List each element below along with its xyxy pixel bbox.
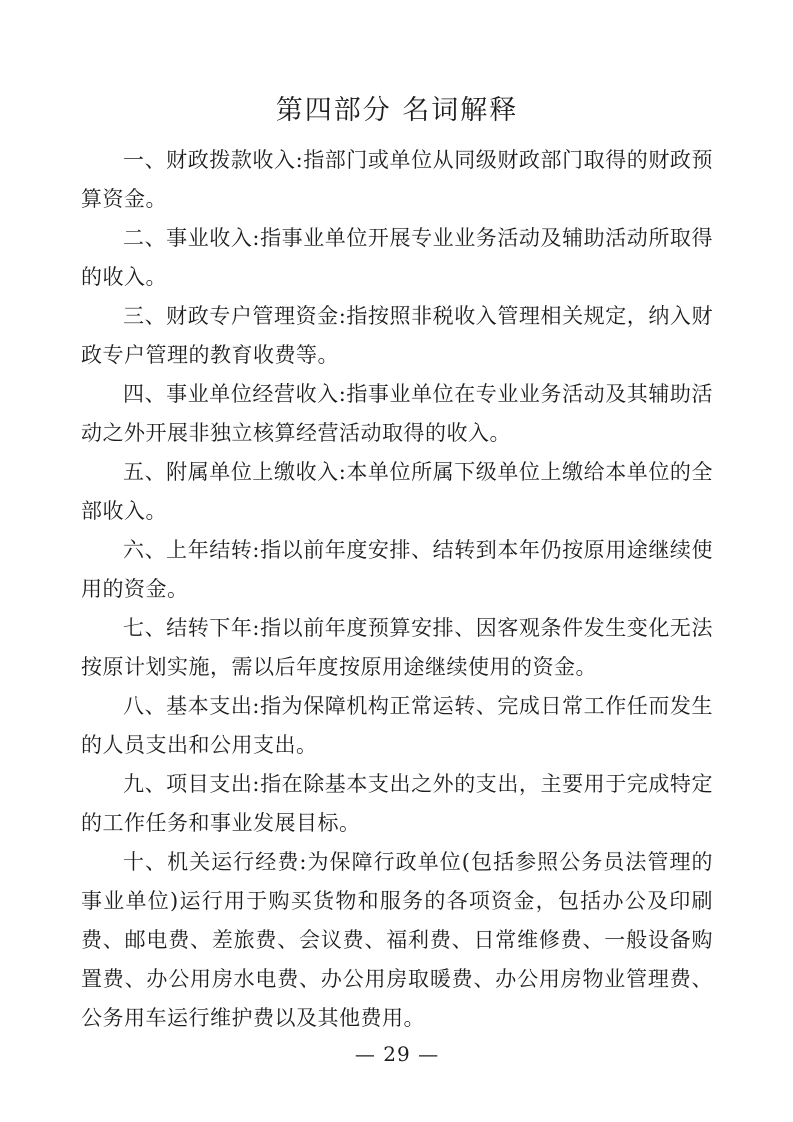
definition-paragraph-3: 三、财政专户管理资金:指按照非税收入管理相关规定，纳入财政专户管理的教育收费等。 bbox=[81, 297, 713, 375]
page-number: — 29 — bbox=[81, 1041, 713, 1067]
definition-paragraph-10: 十、机关运行经费:为保障行政单位(包括参照公务员法管理的事业单位)运行用于购买货… bbox=[81, 843, 713, 1038]
definition-paragraph-9: 九、项目支出:指在除基本支出之外的支出，主要用于完成特定的工作任务和事业发展目标… bbox=[81, 765, 713, 843]
document-page: 第四部分 名词解释 一、财政拨款收入:指部门或单位从同级财政部门取得的财政预算资… bbox=[0, 0, 793, 1122]
definition-paragraph-8: 八、基本支出:指为保障机构正常运转、完成日常工作任而发生的人员支出和公用支出。 bbox=[81, 687, 713, 765]
definition-paragraph-7: 七、结转下年:指以前年度预算安排、因客观条件发生变化无法按原计划实施，需以后年度… bbox=[81, 609, 713, 687]
definition-paragraph-5: 五、附属单位上缴收入:本单位所属下级单位上缴给本单位的全部收入。 bbox=[81, 453, 713, 531]
definition-paragraph-2: 二、事业收入:指事业单位开展专业业务活动及辅助活动所取得的收入。 bbox=[81, 219, 713, 297]
definition-paragraph-6: 六、上年结转:指以前年度安排、结转到本年仍按原用途继续使用的资金。 bbox=[81, 531, 713, 609]
definition-paragraph-1: 一、财政拨款收入:指部门或单位从同级财政部门取得的财政预算资金。 bbox=[81, 141, 713, 219]
section-title: 第四部分 名词解释 bbox=[81, 94, 713, 128]
definition-paragraph-4: 四、事业单位经营收入:指事业单位在专业业务活动及其辅助活动之外开展非独立核算经营… bbox=[81, 375, 713, 453]
